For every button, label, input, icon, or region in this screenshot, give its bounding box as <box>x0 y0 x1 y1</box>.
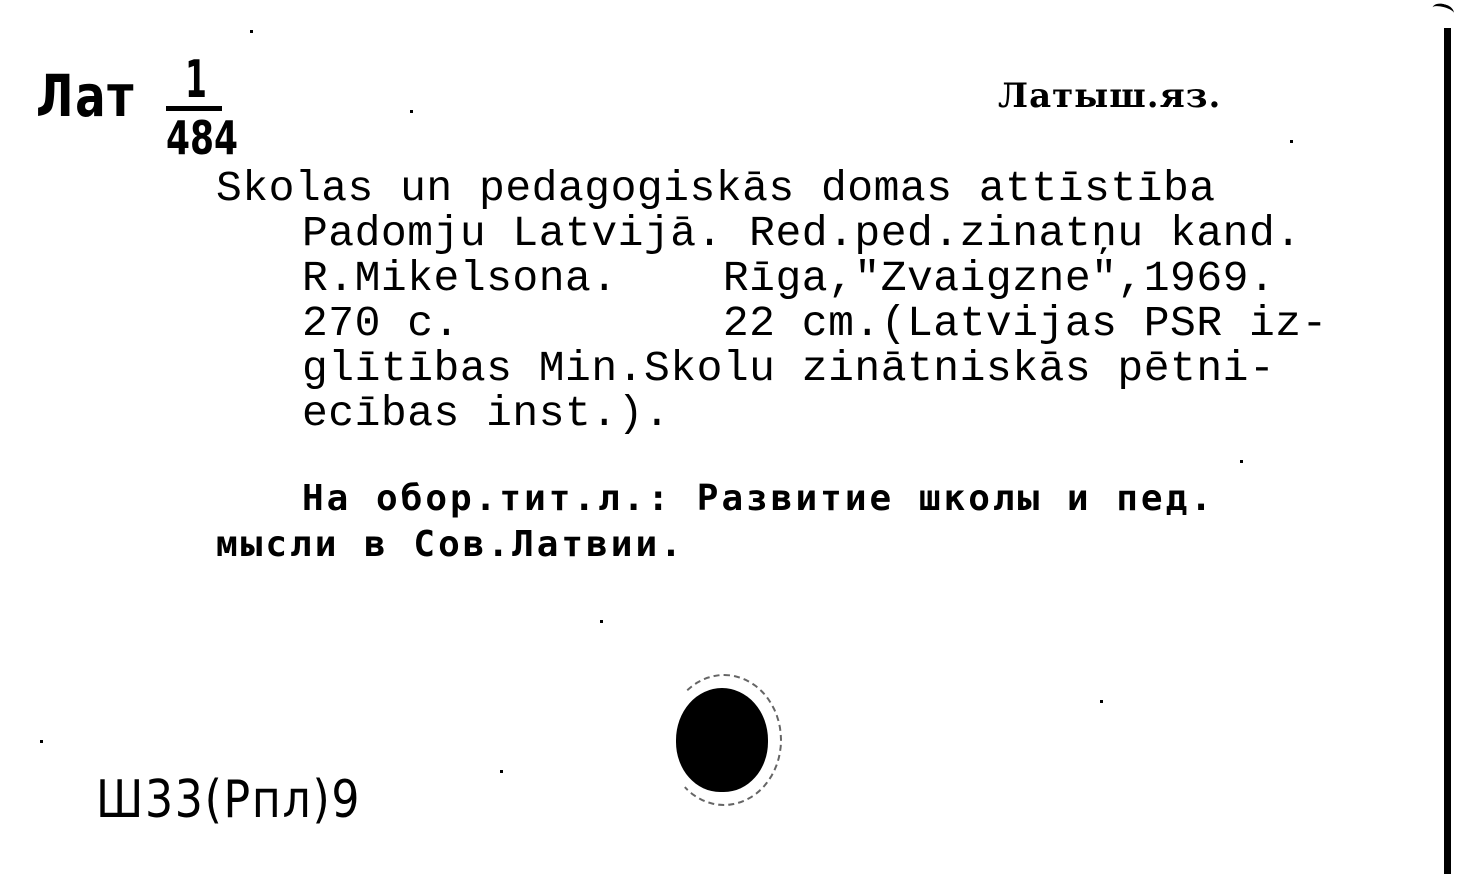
speck <box>600 620 603 623</box>
speck <box>40 740 43 743</box>
collation-line: 270 c. 22 cm.(Latvijas PSR iz- <box>302 301 1328 346</box>
note-line: мысли в Сов.Латвии. <box>216 522 685 567</box>
note-line: На обор.тит.л.: Развитие школы и пед. <box>302 476 1215 521</box>
imprint-line: R.Mikelsona. Rīga,"Zvaigzne",1969. <box>302 256 1275 301</box>
shelf-mark-prefix: Лат <box>36 62 135 130</box>
title-line: Padomju Latvijā. Red.ped.zinatņu kand. <box>302 211 1302 256</box>
speck <box>1240 460 1243 463</box>
speck <box>250 30 253 33</box>
series-line: glītības Min.Skolu zinātniskās pētni- <box>302 346 1275 391</box>
shelf-mark-denominator: 484 <box>166 113 241 163</box>
title-line: Skolas un pedagogiskās domas attīstība <box>216 166 1216 211</box>
shelf-mark-fraction: 1 484 <box>166 58 266 163</box>
speck <box>1290 140 1293 143</box>
card-right-edge <box>1444 28 1451 874</box>
catalog-card: Лат 1 484 Латыш.яз. Skolas un pedagogisk… <box>0 0 1458 874</box>
speck <box>410 110 413 113</box>
speck <box>1100 700 1103 703</box>
card-corner-mark <box>1431 1 1456 19</box>
speck <box>500 770 503 773</box>
series-line: ecības inst.). <box>302 391 670 436</box>
shelf-mark-numerator: 1 <box>178 58 214 102</box>
language-heading: Латыш.яз. <box>998 76 1221 116</box>
punch-hole <box>676 688 768 792</box>
classification-code: Ш33(Рпл)9 <box>96 770 361 830</box>
